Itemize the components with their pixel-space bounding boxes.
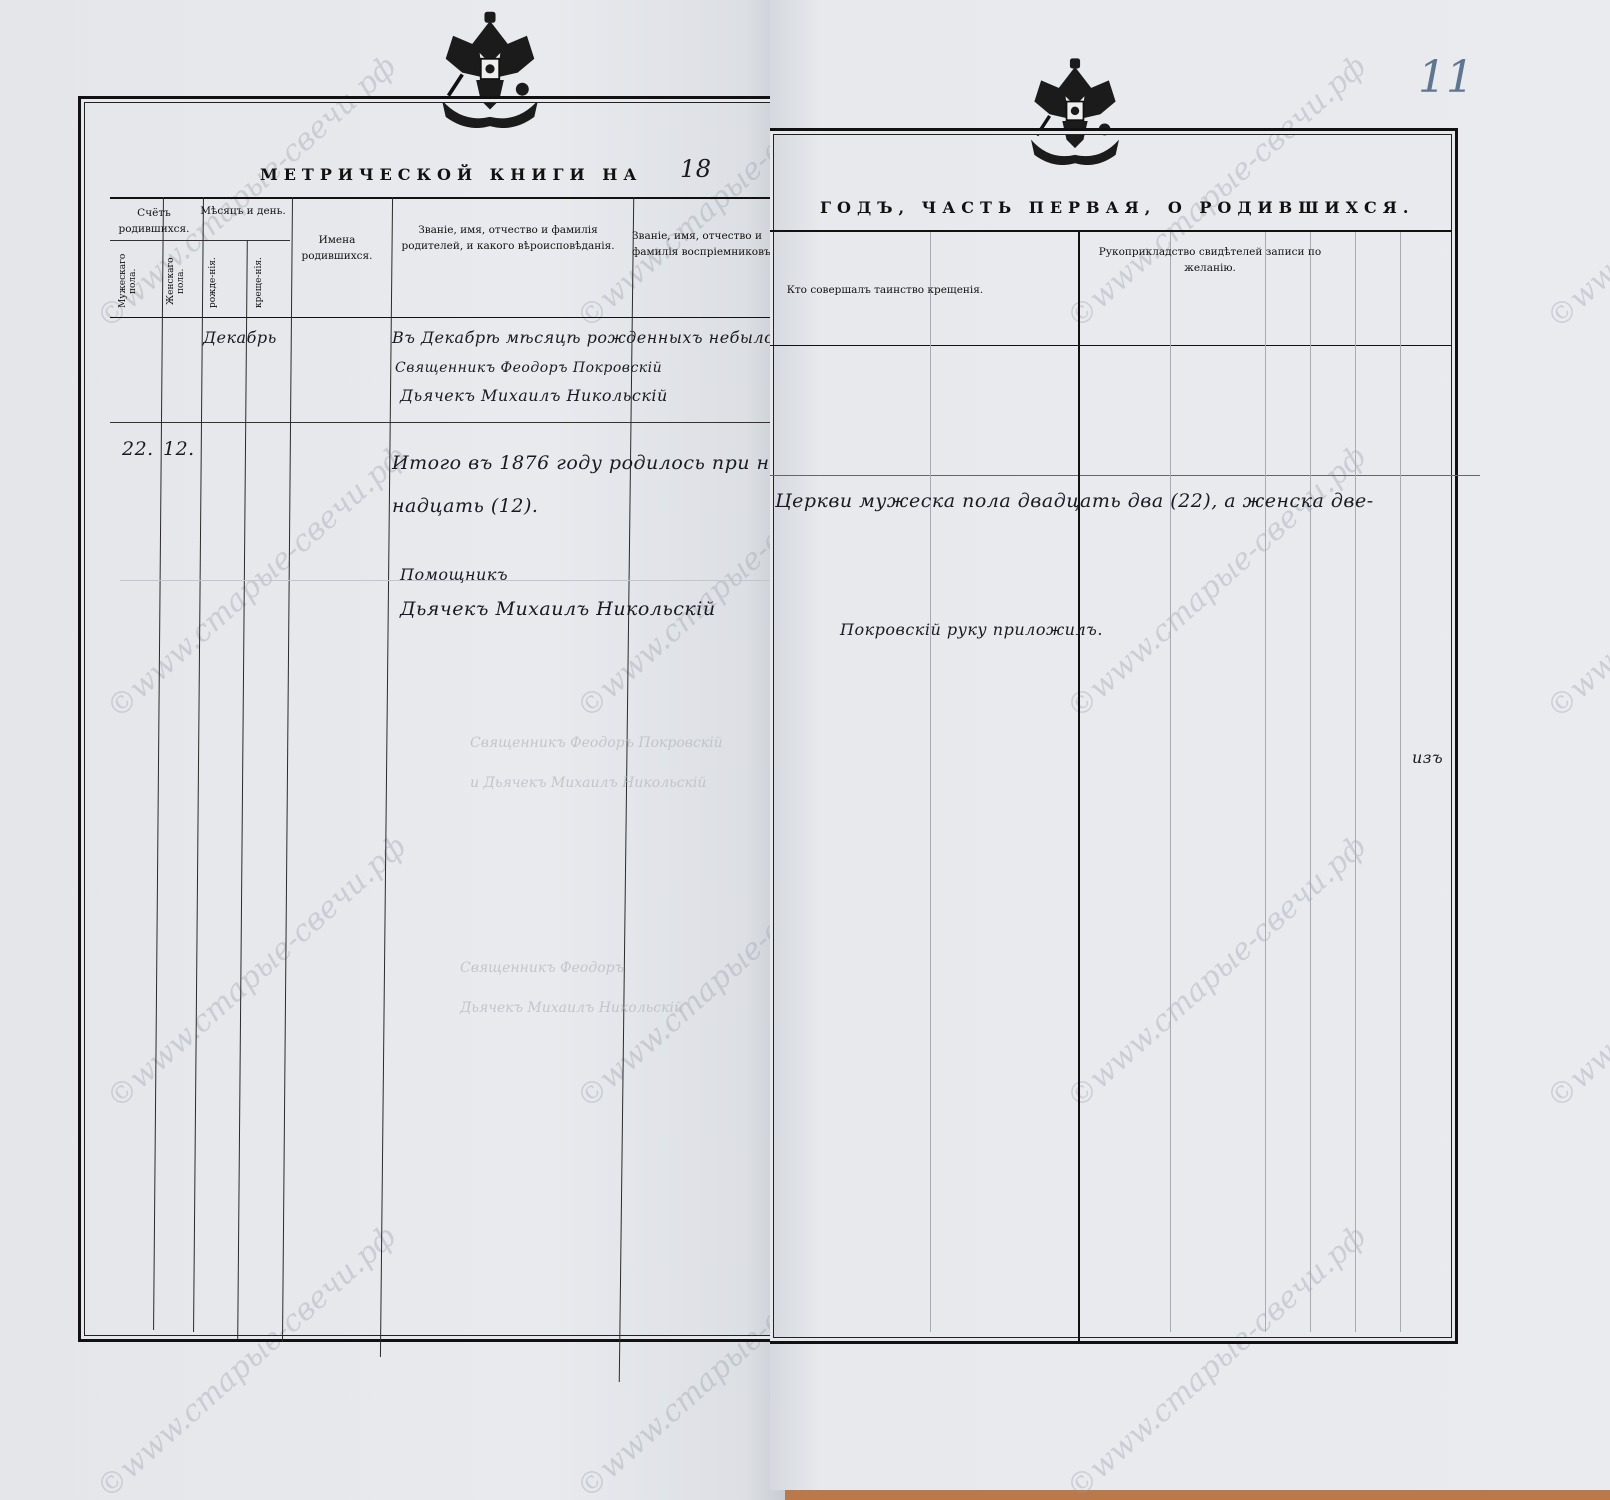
header-bottom-line [770,345,1452,346]
watermark: ©www.старые-свечи.рф [1540,49,1610,336]
summary-line-1: Итого въ 1876 году родилось при нашей [392,452,824,474]
summary-line-2: надцать (12). [392,495,538,517]
page-number: 11 [1418,52,1474,103]
row-divider [770,475,1480,476]
bleed-through-text: и Дьячекъ Михаилъ Никольскій [470,775,706,791]
header-born-count: Счётъ родившихся. [112,205,196,238]
total-male-count: 22. [122,438,154,460]
signature-continuation: Покровскій руку приложилъ. [840,620,1103,639]
header-top-line [770,230,1452,232]
margin-note: изъ [1412,748,1443,767]
bleed-through-text: Священникъ Феодоръ [460,960,624,976]
bleed-through-text: Дьячекъ Михаилъ Никольскій [460,1000,683,1016]
watermark: ©www.старые-свечи.рф [1540,829,1610,1116]
header-parents: Званіе, имя, отчество и фамилія родителе… [392,222,624,255]
right-page-title: ГОДЪ, ЧАСТЬ ПЕРВАЯ, О РОДИВШИХСЯ. [820,198,1414,217]
bleed-through-text: Священникъ Феодоръ Покровскій [470,735,723,751]
header-subline [110,240,290,241]
watermark: ©www.старые-свечи.рф [1540,439,1610,726]
total-female-count: 12. [163,438,195,460]
column-line [1078,232,1080,1342]
year-handwritten: 18 [680,155,712,183]
left-page: ©www.старые-свечи.рф ©www.старые-свечи.р… [0,0,785,1500]
header-bottom-line [110,317,780,318]
column-line [1170,232,1171,1332]
header-baptism: креще-нія. [254,255,264,310]
signature-assistant: Помощникъ [400,565,508,584]
header-baptizer: Кто совершалъ таинство крещенія. [770,282,1000,298]
december-note-line-3: Дьячекъ Михаилъ Никольскій [400,386,668,405]
right-page: ©www.старые-свечи.рф ©www.старые-свечи.р… [770,0,1610,1490]
header-top-line [110,197,780,199]
header-birth: рожде-нія. [208,255,218,310]
december-note-line-1: Въ Декабрѣ мѣсяцѣ рожденныхъ небыло [392,328,774,347]
header-names-born: Имена родившихся. [292,232,382,265]
header-witnesses: Рукоприкладство свидѣтелей записи по жел… [1080,244,1340,277]
row-divider [110,422,780,423]
column-line [930,232,931,1332]
header-month-day: Мѣсяцъ и день. [200,203,286,219]
summary-continuation: Церкви мужеска пола двадцать два (22), а… [775,490,1374,512]
column-line [1310,232,1311,1332]
month-december: Декабрь [203,328,277,347]
column-line [1400,232,1401,1332]
header-female: Женскаго пола. [166,250,186,312]
header-male: Мужескаго пола. [118,250,138,312]
december-note-line-2: Священникъ Феодоръ Покровскій [395,360,662,376]
column-line [1355,232,1356,1332]
header-godparents: Званіе, имя, отчество и фамилія воспріем… [632,228,782,261]
left-page-title: МЕТРИЧЕСКОЙ КНИГИ НА [260,165,642,184]
signature-deacon: Дьячекъ Михаилъ Никольскій [400,598,716,620]
column-line [1265,232,1266,1332]
